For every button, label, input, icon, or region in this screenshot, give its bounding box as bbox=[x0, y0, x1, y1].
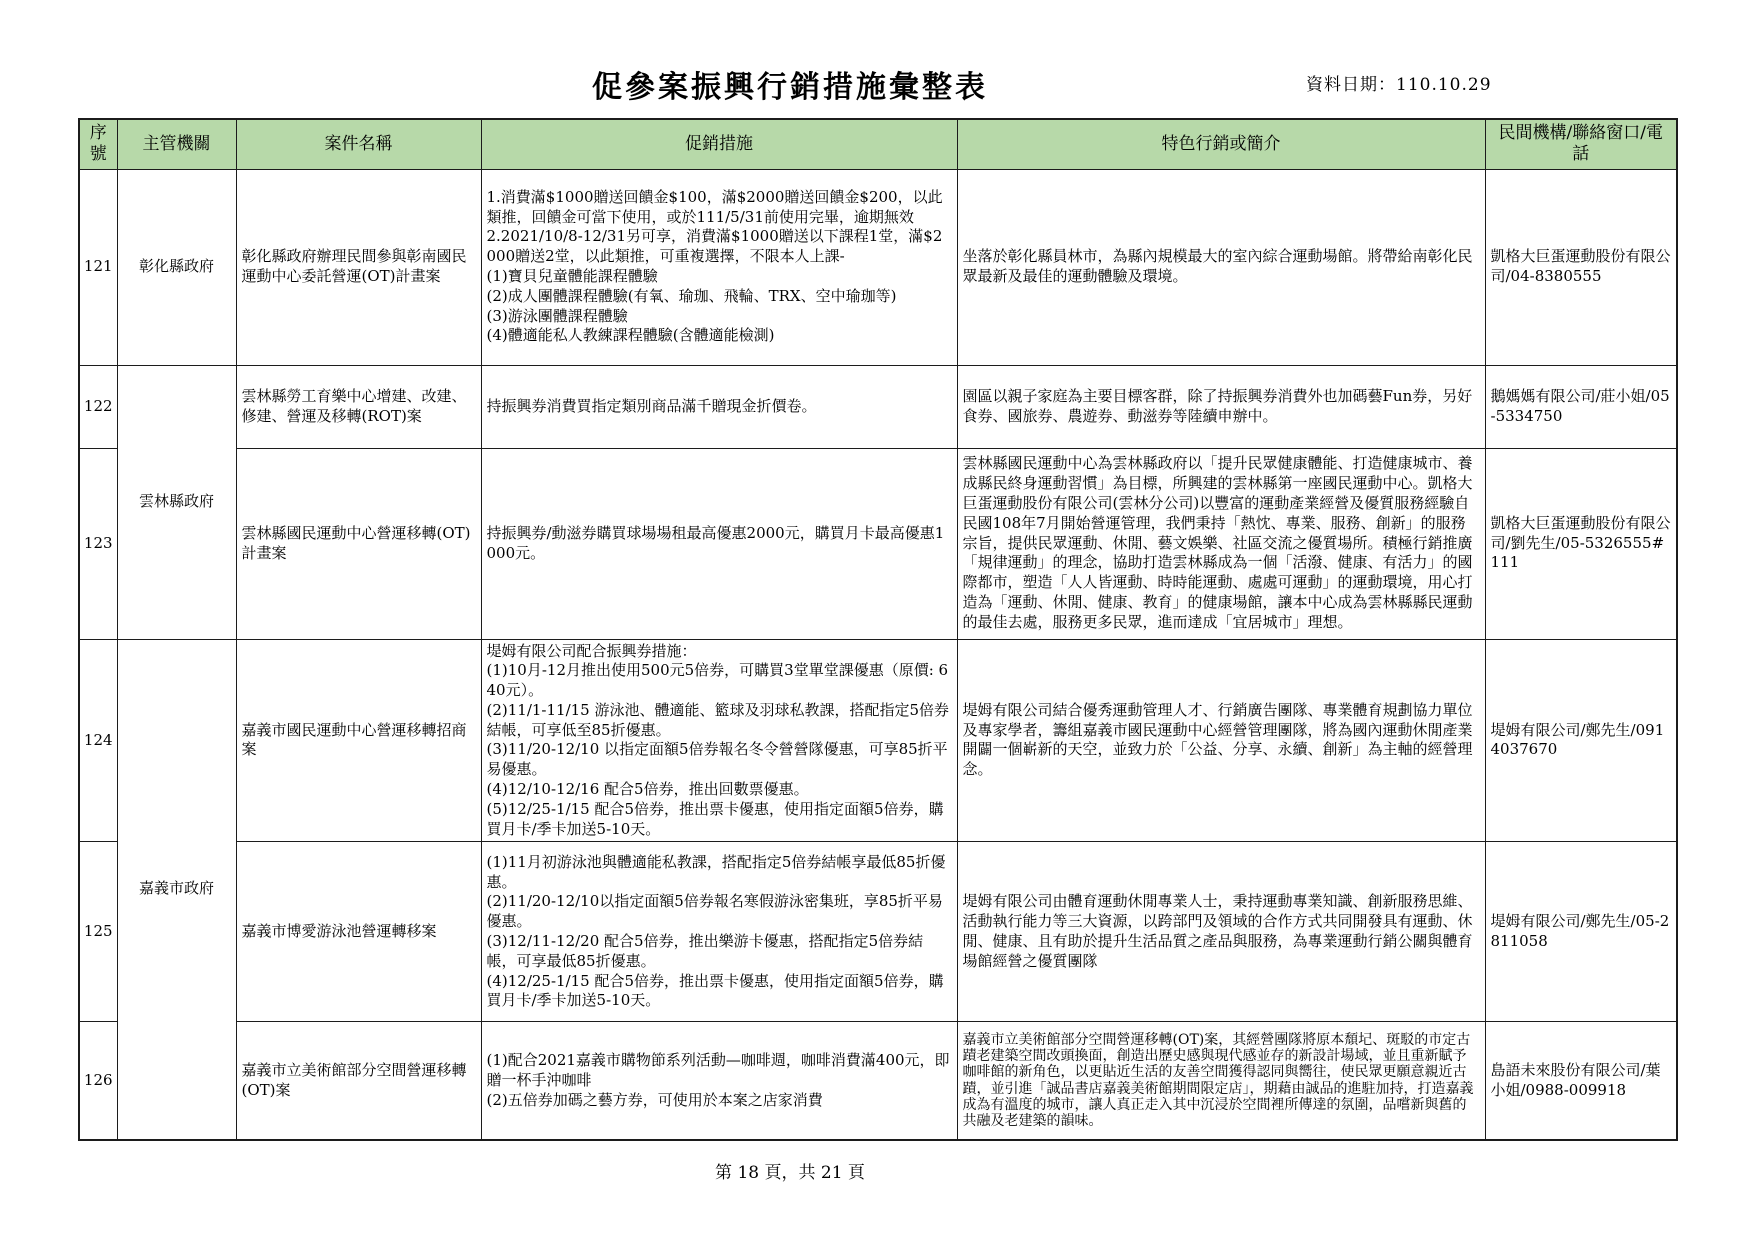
cell-agency: 嘉義市政府 bbox=[117, 639, 236, 1140]
cell-case-name: 彰化縣政府辦理民間參與彰南國民運動中心委託營運(OT)計畫案 bbox=[236, 169, 481, 365]
cell-promo-measures: 持振興券/動滋券購買球場場租最高優惠2000元，購買月卡最高優惠1000元。 bbox=[481, 448, 957, 639]
header-cell-promo: 促銷措施 bbox=[481, 119, 957, 169]
header-cell-feature: 特色行銷或簡介 bbox=[957, 119, 1485, 169]
cell-serial: 122 bbox=[79, 365, 117, 448]
header-cell-case-name: 案件名稱 bbox=[236, 119, 481, 169]
header-cell-agency: 主管機關 bbox=[117, 119, 236, 169]
cell-case-name: 雲林縣國民運動中心營運移轉(OT)計畫案 bbox=[236, 448, 481, 639]
cell-contact: 凱格大巨蛋運動股份有限公司/劉先生/05-5326555#111 bbox=[1485, 448, 1677, 639]
cell-feature-marketing: 嘉義市立美術館部分空間營運移轉(OT)案，其經營團隊將原本頹圮、斑駁的市定古蹟老… bbox=[957, 1022, 1485, 1140]
cell-promo-measures: 堤姆有限公司配合振興券措施： (1)10月-12月推出使用500元5倍券，可購買… bbox=[481, 639, 957, 842]
table-row: 124 嘉義市政府 嘉義市國民運動中心營運移轉招商案 堤姆有限公司配合振興券措施… bbox=[79, 639, 1677, 842]
cell-agency: 雲林縣政府 bbox=[117, 365, 236, 639]
cell-contact: 堤姆有限公司/鄭先生/05-2811058 bbox=[1485, 842, 1677, 1022]
cell-feature-marketing: 坐落於彰化縣員林市，為縣內規模最大的室內綜合運動場館。將帶給南彰化民眾最新及最佳… bbox=[957, 169, 1485, 365]
header-cell-serial: 序號 bbox=[79, 119, 117, 169]
cell-case-name: 嘉義市立美術館部分空間營運移轉(OT)案 bbox=[236, 1022, 481, 1140]
table-row: 122 雲林縣政府 雲林縣勞工育樂中心增建、改建、修建、營運及移轉(ROT)案 … bbox=[79, 365, 1677, 448]
cell-case-name: 嘉義市博愛游泳池營運轉移案 bbox=[236, 842, 481, 1022]
cell-promo-measures: (1)11月初游泳池與體適能私教課，搭配指定5倍券結帳享最低85折優惠。 (2)… bbox=[481, 842, 957, 1022]
cell-feature-marketing: 堤姆有限公司結合優秀運動管理人才、行銷廣告團隊、專業體育規劃協力單位及專家學者，… bbox=[957, 639, 1485, 842]
cell-case-name: 嘉義市國民運動中心營運移轉招商案 bbox=[236, 639, 481, 842]
cell-promo-measures: (1)配合2021嘉義市購物節系列活動—咖啡週，咖啡消費滿400元，即贈一杯手沖… bbox=[481, 1022, 957, 1140]
data-date-label: 資料日期：110.10.29 bbox=[1306, 70, 1492, 95]
summary-table: 序號 主管機關 案件名稱 促銷措施 特色行銷或簡介 民間機構/聯絡窗口/電話 1… bbox=[78, 118, 1678, 1141]
cell-feature-marketing: 雲林縣國民運動中心為雲林縣政府以「提升民眾健康體能、打造健康城市、養成縣民終身運… bbox=[957, 448, 1485, 639]
cell-agency: 彰化縣政府 bbox=[117, 169, 236, 365]
cell-promo-measures: 1.消費滿$1000贈送回饋金$100，滿$2000贈送回饋金$200，以此類推… bbox=[481, 169, 957, 365]
header-cell-contact: 民間機構/聯絡窗口/電話 bbox=[1485, 119, 1677, 169]
page-footer: 第 18 頁，共 21 頁 bbox=[0, 1158, 1580, 1183]
table-row: 121 彰化縣政府 彰化縣政府辦理民間參與彰南國民運動中心委託營運(OT)計畫案… bbox=[79, 169, 1677, 365]
table-row: 126 嘉義市立美術館部分空間營運移轉(OT)案 (1)配合2021嘉義市購物節… bbox=[79, 1022, 1677, 1140]
cell-contact: 凱格大巨蛋運動股份有限公司/04-8380555 bbox=[1485, 169, 1677, 365]
cell-serial: 123 bbox=[79, 448, 117, 639]
cell-serial: 126 bbox=[79, 1022, 117, 1140]
cell-contact: 堤姆有限公司/鄭先生/0914037670 bbox=[1485, 639, 1677, 842]
cell-serial: 125 bbox=[79, 842, 117, 1022]
table-row: 123 雲林縣國民運動中心營運移轉(OT)計畫案 持振興券/動滋券購買球場場租最… bbox=[79, 448, 1677, 639]
table-header-row: 序號 主管機關 案件名稱 促銷措施 特色行銷或簡介 民間機構/聯絡窗口/電話 bbox=[79, 119, 1677, 169]
cell-case-name: 雲林縣勞工育樂中心增建、改建、修建、營運及移轉(ROT)案 bbox=[236, 365, 481, 448]
cell-serial: 121 bbox=[79, 169, 117, 365]
cell-contact: 島語未來股份有限公司/葉小姐/0988-009918 bbox=[1485, 1022, 1677, 1140]
cell-contact: 鵝媽媽有限公司/莊小姐/05-5334750 bbox=[1485, 365, 1677, 448]
cell-serial: 124 bbox=[79, 639, 117, 842]
cell-feature-marketing: 堤姆有限公司由體育運動休閒專業人士，秉持運動專業知識、創新服務思維、活動執行能力… bbox=[957, 842, 1485, 1022]
cell-promo-measures: 持振興券消費買指定類別商品滿千贈現金折價卷。 bbox=[481, 365, 957, 448]
cell-feature-marketing: 園區以親子家庭為主要目標客群，除了持振興券消費外也加碼藝Fun券，另好食券、國旅… bbox=[957, 365, 1485, 448]
table-row: 125 嘉義市博愛游泳池營運轉移案 (1)11月初游泳池與體適能私教課，搭配指定… bbox=[79, 842, 1677, 1022]
